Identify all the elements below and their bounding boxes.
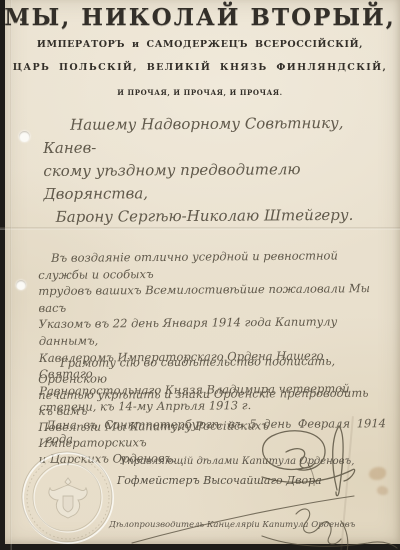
body-line: Грамоту сію во свидѣтельство подписать, … [38, 353, 374, 387]
imperial-style-line-2: ЦАРЬ ПОЛЬСКІЙ, ВЕЛИКІЙ КНЯЗЬ ФИНЛЯНДСКІЙ… [0, 62, 400, 73]
addressee-line: Барону Сергѣю-Николаю Штейгеру. [44, 204, 379, 229]
signatory-role-hofmeister: Гофмейстеръ Высочайшаго Двора [117, 474, 322, 487]
attestation-paragraph: Грамоту сію во свидѣтельство подписать, … [38, 353, 375, 467]
imperial-style-line-3: И ПРОЧАЯ, И ПРОЧАЯ, И ПРОЧАЯ. [0, 88, 400, 97]
scanned-document: МЫ, НИКОЛАЙ ВТОРЫЙ, ИМПЕРАТОРЪ и САМОДЕР… [0, 0, 400, 550]
addressee-block: Нашему Надворному Совѣтнику, Канев- ском… [43, 112, 379, 229]
punch-hole [19, 131, 30, 142]
signatory-role-chapter-manager: Управляющій дѣлами Капитула Орденовъ, [120, 456, 354, 467]
left-fold-crease [10, 0, 12, 550]
punch-hole [16, 280, 26, 290]
foxing-stain [377, 486, 388, 495]
body-line: трудовъ вашихъ Всемилостивѣйше пожаловал… [38, 280, 374, 316]
body-line: Въ воздаяніе отлично усердной и ревностн… [38, 247, 374, 283]
body-line: Указомъ въ 22 день Января 1914 года Капи… [39, 313, 375, 349]
addressee-line: скому уѣздному предводителю Дворянства, [43, 158, 378, 206]
imperial-title: МЫ, НИКОЛАЙ ВТОРЫЙ, [0, 4, 400, 31]
imperial-style-line-1: ИМПЕРАТОРЪ и САМОДЕРЖЕЦЪ ВСЕРОССІЙСКІЙ, [0, 39, 400, 50]
date-place-line: Дана въ Санктпетербургѣ въ 5 день Феврал… [46, 416, 386, 446]
body-line: печатью укрѣпить и знаки Орденскіе препр… [38, 385, 374, 419]
signatory-role-clerk: Дѣлопроизводитель Канцеляріи Капитула Ор… [109, 520, 355, 530]
addressee-line: Нашему Надворному Совѣтнику, Канев- [43, 112, 378, 160]
